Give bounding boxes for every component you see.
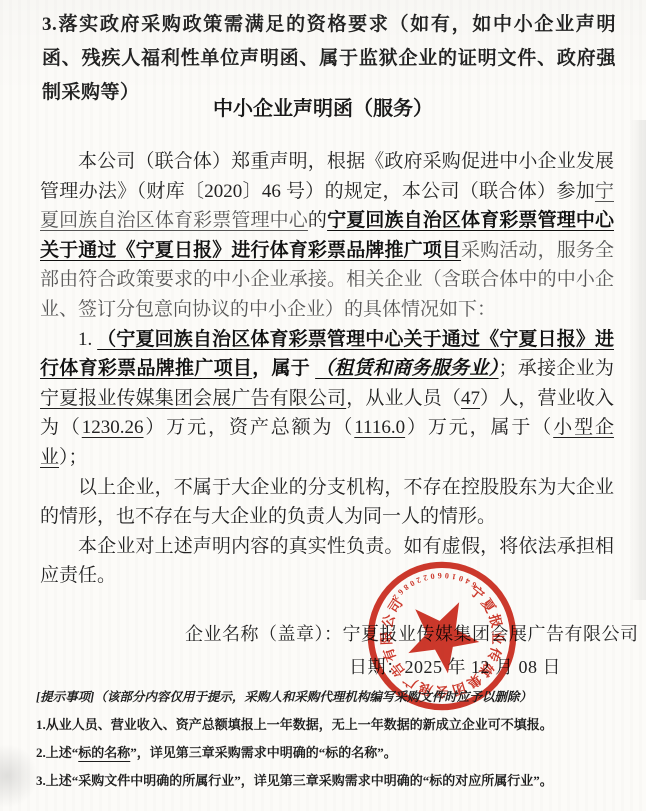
note2-post: ”，详见第三章采购需求中明确的“标的名称”。 [130, 745, 397, 760]
reminder-notes: [提示事项]（该部分内容仅用于提示，采购人和采购代理机构编写采购文件时应予以删除… [36, 690, 624, 802]
p2-text-d: ）万元，资产总额为（ [144, 417, 355, 438]
svg-text:司: 司 [385, 596, 406, 616]
p2-text-a: ；承接企业为 [499, 358, 614, 379]
p2-employee-count: 47 [461, 388, 480, 409]
declaration-paragraph-1: 本公司（联合体）郑重声明，根据《政府采购促进中小企业发展管理办法》（财库〔202… [40, 147, 614, 325]
signature-company-line: 企业名称（盖章）：宁夏报业传媒集团会展广告有限公司 [185, 620, 639, 646]
note-item-2: 2.上述“标的名称”，详见第三章采购需求中明确的“标的名称”。 [36, 746, 624, 760]
note2-pre: 2.上述“ [36, 745, 78, 760]
p2-item-number: 1. [78, 329, 97, 350]
p1-connector: 的 [308, 210, 327, 231]
p2-belongs-to: ，属于 [252, 358, 315, 379]
notes-header: [提示事项]（该部分内容仅用于提示，采购人和采购代理机构编写采购文件时应予以删除… [36, 690, 624, 704]
signature-date-line: 日期：2025 年 12 月 08 日 [349, 653, 561, 679]
p2-revenue-value: 1230.26 [82, 417, 144, 438]
p2-assets-value: 1116.0 [354, 417, 405, 438]
date-label: 日期： [349, 657, 405, 677]
scan-edge-shadow [630, 120, 646, 600]
date-value: 2025 年 12 月 08 日 [405, 657, 562, 677]
p2-text-f: ）； [59, 447, 88, 468]
declaration-paragraph-3: 以上企业，不属于大企业的分支机构，不存在控股股东为大企业的情形，也不存在与大企业… [40, 473, 614, 532]
p2-text-e: ）万元，属于（ [405, 417, 553, 438]
svg-text:2: 2 [391, 593, 400, 602]
p2-industry: （租赁和商务服务业） [315, 358, 498, 379]
p2-contractor-name: 宁夏报业传媒集团会展广告有限公司 [40, 388, 346, 409]
declaration-body: 本公司（联合体）郑重声明，根据《政府采购促进中小企业发展管理办法》（财库〔202… [40, 147, 614, 591]
p1-text: 本公司（联合体）郑重声明，根据《政府采购促进中小企业发展管理办法》（财库〔202… [40, 151, 614, 202]
note-item-1: 1.从业人员、营业收入、资产总额填报上一年数据，无上一年数据的新成立企业可不填报… [36, 718, 624, 732]
declaration-paragraph-2: 1. （宁夏回族自治区体育彩票管理中心关于通过《宁夏日报》进行体育彩票品牌推广项… [40, 325, 614, 473]
scan-smudge [0, 744, 38, 808]
scanned-declaration-page: 3.落实政府采购政策需满足的资格要求（如有，如中小企业声明函、残疾人福利性单位声… [0, 0, 646, 811]
svg-text:夏: 夏 [478, 595, 499, 615]
note2-subject-name: 标的名称 [78, 745, 130, 760]
note-item-3: 3.上述“采购文件中明确的所属行业”，详见第三章采购需求中明确的“标的对应所属行… [36, 774, 624, 788]
declaration-paragraph-4: 本企业对上述声明内容的真实性负责。如有虚假，将依法承担相应责任。 [40, 532, 614, 591]
document-title: 中小企业声明函（服务） [0, 92, 646, 121]
p2-text-b: ，从业人员（ [346, 388, 461, 409]
